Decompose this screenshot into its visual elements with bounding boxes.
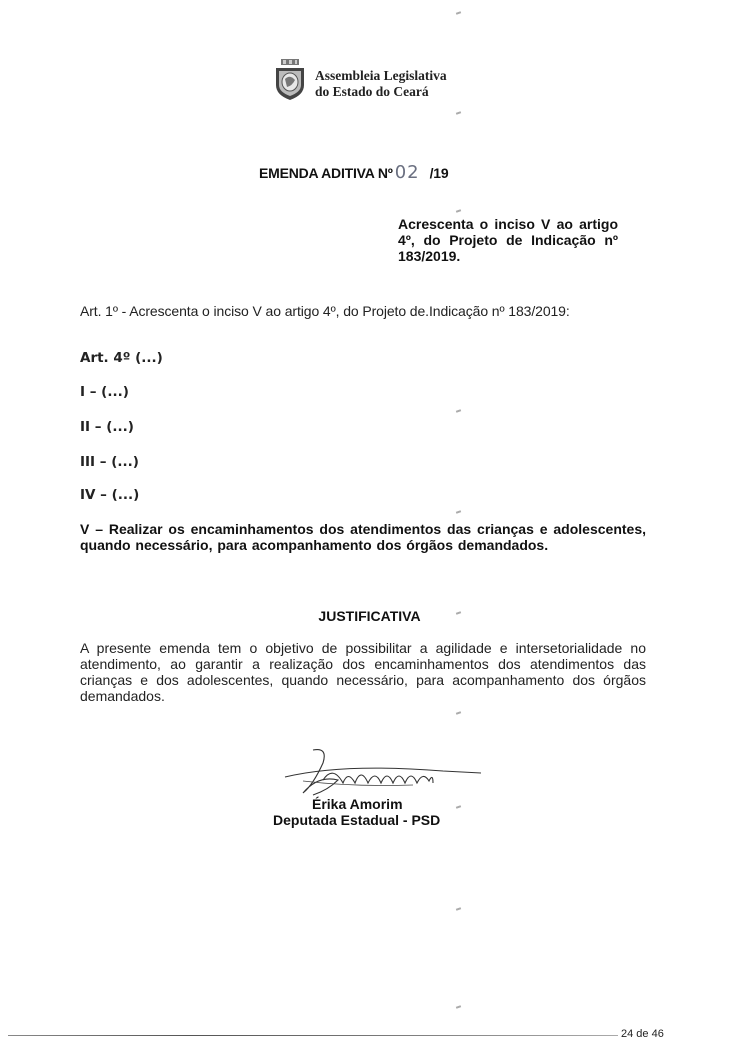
scan-speck <box>456 11 461 15</box>
title-prefix: EMENDA ADITIVA Nº <box>259 165 393 181</box>
document-title: EMENDA ADITIVA Nº02/19 <box>259 162 448 183</box>
handwritten-number: 02 <box>395 162 420 183</box>
inciso-v: V – Realizar os encaminhamentos dos aten… <box>80 521 646 553</box>
page-number: 24 de 46 <box>621 1028 664 1040</box>
inciso-iv: IV – (...) <box>80 487 139 503</box>
article-1: Art. 1º - Acrescenta o inciso V ao artig… <box>80 303 570 319</box>
scan-speck <box>456 510 461 514</box>
justificativa-heading-text: JUSTIFICATIVA <box>318 608 420 624</box>
scan-speck <box>456 111 461 115</box>
scan-speck <box>456 1005 461 1009</box>
title-suffix: /19 <box>430 165 449 181</box>
org-name-line1: Assembleia Legislativa <box>315 68 447 84</box>
inciso-i: I – (...) <box>80 384 129 400</box>
inciso-ii: II – (...) <box>80 419 134 435</box>
article-4-heading: Art. 4º (...) <box>80 350 163 366</box>
ementa: Acrescenta o inciso V ao artigo 4º, do P… <box>398 216 618 264</box>
organization-name: Assembleia Legislativa do Estado do Cear… <box>315 68 447 100</box>
scan-speck <box>456 711 461 715</box>
scan-speck <box>456 409 461 413</box>
scan-speck <box>456 209 461 213</box>
justificativa-heading: JUSTIFICATIVA <box>0 608 731 624</box>
signer-name: Érika Amorim <box>312 796 403 812</box>
scan-speck <box>456 805 461 809</box>
footer-divider <box>8 1035 618 1036</box>
signer-role: Deputada Estadual - PSD <box>273 812 440 828</box>
justificativa-body: A presente emenda tem o objetivo de poss… <box>80 640 646 704</box>
coat-of-arms-icon <box>272 59 308 101</box>
scan-speck <box>456 907 461 911</box>
inciso-iii: III – (...) <box>80 454 139 470</box>
org-name-line2: do Estado do Ceará <box>315 84 447 100</box>
